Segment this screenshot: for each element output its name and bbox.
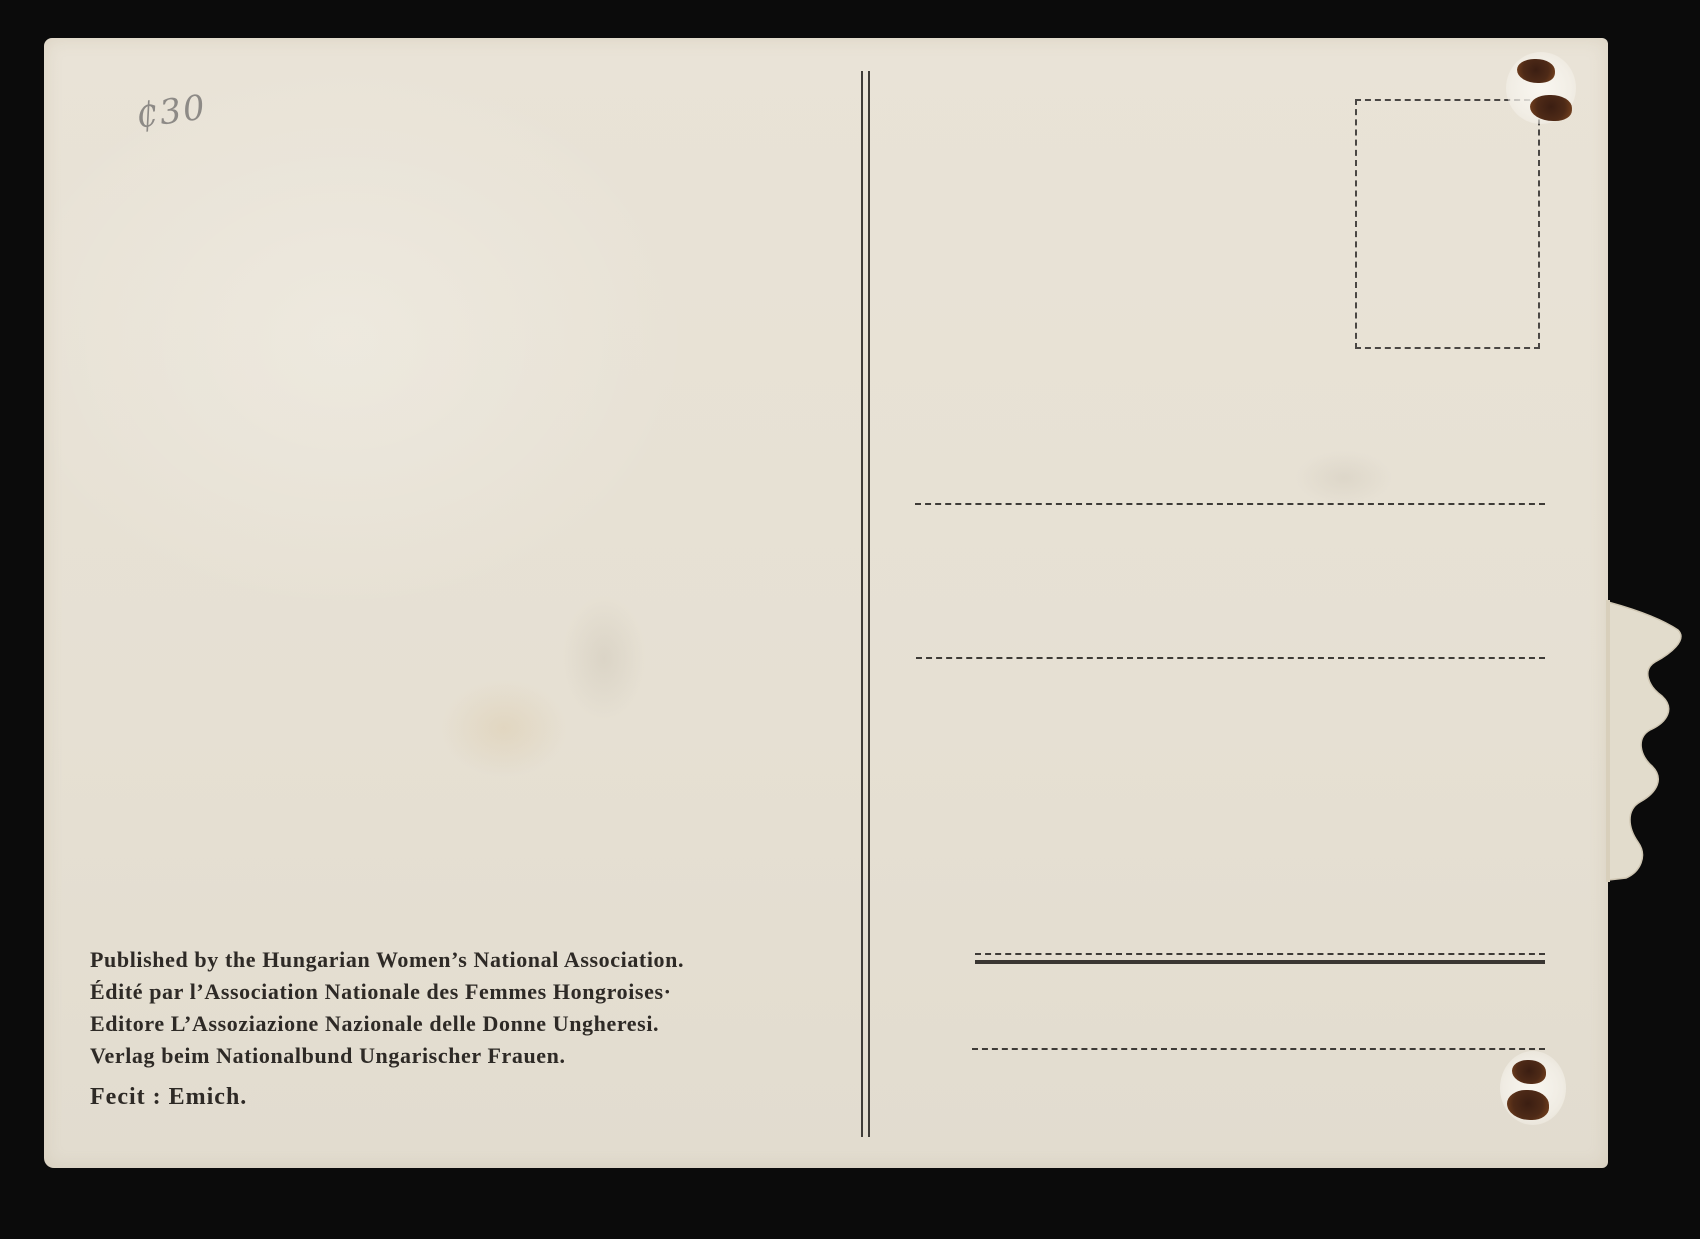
rust-hole-bottom-2-icon xyxy=(1507,1090,1549,1120)
artist-credit: Fecit : Emich. xyxy=(90,1084,247,1111)
center-divider-line-left xyxy=(861,71,863,1137)
center-divider-line-right xyxy=(868,71,870,1137)
address-line-4 xyxy=(972,1048,1545,1050)
address-line-1 xyxy=(915,503,1545,505)
rust-hole-top-1-icon xyxy=(1517,59,1555,83)
publisher-line-italian: Editore L’Assoziazione Nazionale delle D… xyxy=(90,1008,830,1040)
stamp-placeholder-box xyxy=(1355,99,1540,349)
postcard-back: ₵30 Published by the Hungarian Women’s N… xyxy=(44,38,1608,1168)
address-line-2 xyxy=(916,657,1545,659)
address-line-3-dashed xyxy=(975,953,1545,955)
rust-hole-top-2-icon xyxy=(1530,95,1572,121)
rust-hole-bottom-1-icon xyxy=(1512,1060,1546,1084)
publisher-info: Published by the Hungarian Women’s Natio… xyxy=(90,944,830,1072)
publisher-line-french: Édité par l’Association Nationale des Fe… xyxy=(90,976,830,1008)
publisher-line-english: Published by the Hungarian Women’s Natio… xyxy=(90,944,830,976)
pencil-inscription: ₵30 xyxy=(134,87,210,136)
publisher-line-german: Verlag beim Nationalbund Ungarischer Fra… xyxy=(90,1040,830,1072)
address-line-3-solid xyxy=(975,960,1545,964)
wavy-paper-tab-icon xyxy=(1600,596,1690,886)
